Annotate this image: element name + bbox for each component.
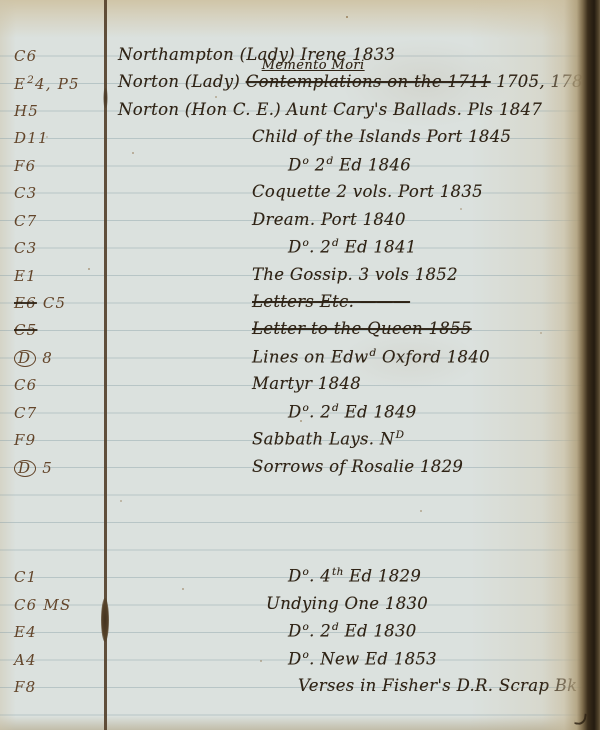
page-edge-binding <box>542 0 600 730</box>
entry-text: Sorrows of Rosalie 1829 <box>252 457 463 476</box>
text-segment: E4 <box>14 623 37 641</box>
foxing-specks <box>346 16 348 18</box>
text-segment: Ed 1830 <box>339 622 417 641</box>
shelfmark: E6 C5 <box>14 294 66 312</box>
catalog-row: C3 Coquette 2 vols. Port 1835 <box>0 181 600 208</box>
text-segment: C1 <box>14 568 37 586</box>
text-segment: Ed 1846 <box>334 155 412 174</box>
entry-text: The Gossip. 3 vols 1852 <box>252 265 458 284</box>
entry-text: Sabbath Lays. ND <box>252 429 404 449</box>
entry-text: Martyr 1848 <box>252 374 361 393</box>
text-segment: D <box>396 429 405 441</box>
text-segment: Ed 1849 <box>339 402 417 421</box>
text-segment: D11 <box>14 129 49 147</box>
text-segment: d <box>327 155 334 167</box>
shelfmark: C7 <box>14 212 37 230</box>
shelfmark: C7 <box>14 404 37 422</box>
entry-text: Letters Etc. ——— <box>252 292 410 311</box>
catalog-row: E6 C5 Letters Etc. ——— <box>0 291 600 318</box>
text-segment: F9 <box>14 431 36 449</box>
text-segment: C7 <box>14 212 37 230</box>
text-segment: D <box>14 460 36 477</box>
text-segment: 8 <box>36 349 53 367</box>
text-segment: 2 <box>27 74 35 86</box>
shelfmark: E4 <box>14 623 37 641</box>
text-segment: d <box>369 347 376 359</box>
inserted-text: Memento Mori <box>262 58 365 73</box>
text-segment: Undying One 1830 <box>266 594 428 613</box>
text-segment: C5 <box>37 294 66 312</box>
shelfmark: E1 <box>14 267 37 285</box>
text-segment: Norton (Hon C. E.) Aunt Cary's Ballads. … <box>118 100 542 119</box>
text-segment: . 2 <box>309 402 331 421</box>
catalog-row: F9 Sabbath Lays. ND <box>0 428 600 455</box>
text-segment: C6 <box>14 376 37 394</box>
text-segment: E1 <box>14 267 37 285</box>
shelfmark: F8 <box>14 678 36 696</box>
catalog-row: D 8 Lines on Edwd Oxford 1840 <box>0 346 600 373</box>
text-segment: . New Ed 1853 <box>309 649 437 668</box>
catalog-row: C7 Dream. Port 1840 <box>0 209 600 236</box>
text-segment: Letter to the Queen 1855 <box>252 319 472 338</box>
catalog-row: H5 Norton (Hon C. E.) Aunt Cary's Ballad… <box>0 99 600 126</box>
entry-text: Do. New Ed 1853 <box>288 649 437 669</box>
text-segment: C7 <box>14 404 37 422</box>
text-segment: D <box>288 155 302 174</box>
text-segment: C6 MS <box>14 596 71 614</box>
catalog-rows: C6 Northampton (Lady) Irene 1833 E24, P5… <box>0 44 600 703</box>
entry-text: Norton (Hon C. E.) Aunt Cary's Ballads. … <box>118 100 542 119</box>
entry-text: Verses in Fisher's D.R. Scrap Bk <box>298 676 577 695</box>
entry-text: Do 2d Ed 1846 <box>288 155 411 175</box>
entry-text: Lines on Edwd Oxford 1840 <box>252 347 490 367</box>
catalog-row: D 5 Sorrows of Rosalie 1829 <box>0 456 600 483</box>
text-segment: Oxford 1840 <box>377 347 490 366</box>
catalog-row: F6 Do 2d Ed 1846 <box>0 154 600 181</box>
text-segment: Sabbath Lays. N <box>252 430 395 449</box>
shelfmark: C1 <box>14 568 37 586</box>
entry-text: Child of the Islands Port 1845 <box>252 127 511 146</box>
shelfmark: C3 <box>14 239 37 257</box>
shelfmark: A4 <box>14 651 37 669</box>
entry-text: Coquette 2 vols. Port 1835 <box>252 182 483 201</box>
catalog-row: C1 Do. 4th Ed 1829 <box>0 565 600 592</box>
text-segment: Letters Etc. ——— <box>252 292 410 311</box>
text-segment: Dream. Port 1840 <box>252 210 406 229</box>
shelfmark: C5 <box>14 321 37 339</box>
text-segment: D <box>288 402 302 421</box>
catalog-row <box>0 510 600 537</box>
text-segment: D <box>288 622 302 641</box>
text-segment: Ed 1841 <box>339 238 417 257</box>
manuscript-page: C6 Northampton (Lady) Irene 1833 E24, P5… <box>0 0 600 730</box>
text-segment: E <box>14 75 26 93</box>
catalog-row: C3 Do. 2d Ed 1841 <box>0 236 600 263</box>
text-segment: A4 <box>14 651 37 669</box>
catalog-row <box>0 538 600 565</box>
catalog-row: E24, P5 Norton (Lady) Memento MoriContem… <box>0 71 600 98</box>
catalog-row: A4 Do. New Ed 1853 <box>0 648 600 675</box>
text-segment: C5 <box>14 321 37 339</box>
shelfmark: D 8 <box>14 349 53 367</box>
shelfmark: E24, P5 <box>14 74 80 93</box>
entry-text: Do. 2d Ed 1849 <box>288 402 417 422</box>
shelfmark: F6 <box>14 157 36 175</box>
shelfmark: F9 <box>14 431 36 449</box>
text-segment: th <box>332 566 344 578</box>
text-segment: . 2 <box>309 238 331 257</box>
shelfmark: D 5 <box>14 459 53 477</box>
text-segment: 5 <box>36 459 53 477</box>
entry-text: Dream. Port 1840 <box>252 210 406 229</box>
text-segment: Child of the Islands Port 1845 <box>252 127 511 146</box>
text-segment: . 2 <box>309 622 331 641</box>
shelfmark: D11 <box>14 129 49 147</box>
text-segment: F8 <box>14 678 36 696</box>
text-segment: 4, P5 <box>35 75 80 93</box>
text-segment: D <box>288 649 302 668</box>
text-segment: The Gossip. 3 vols 1852 <box>252 265 458 284</box>
text-segment: C3 <box>14 184 37 202</box>
text-segment: . 4 <box>309 567 331 586</box>
annotated-segment: Memento MoriContemplations on the 1711 <box>246 72 491 91</box>
shelfmark: H5 <box>14 102 39 120</box>
entry-text: Undying One 1830 <box>266 594 428 613</box>
text-segment: Lines on Edw <box>252 347 368 366</box>
text-segment: Norton (Lady) <box>118 72 246 91</box>
text-segment: D <box>288 567 302 586</box>
catalog-row: C7 Do. 2d Ed 1849 <box>0 401 600 428</box>
text-segment: Coquette 2 vols. Port 1835 <box>252 182 483 201</box>
text-segment: H5 <box>14 102 39 120</box>
text-segment: E6 <box>14 294 37 312</box>
text-segment: 2 <box>309 155 325 174</box>
entry-text: Letter to the Queen 1855 <box>252 319 472 338</box>
text-segment: F6 <box>14 157 36 175</box>
entry-text: Do. 4th Ed 1829 <box>288 566 421 586</box>
text-segment: C6 <box>14 47 37 65</box>
text-segment: D <box>14 350 36 367</box>
catalog-row: E4 Do. 2d Ed 1830 <box>0 620 600 647</box>
catalog-row: C6 Martyr 1848 <box>0 373 600 400</box>
text-segment: Verses in Fisher's D.R. Scrap Bk <box>298 676 577 695</box>
text-segment: C3 <box>14 239 37 257</box>
catalog-row: C6 MS Undying One 1830 <box>0 593 600 620</box>
text-segment: Sorrows of Rosalie 1829 <box>252 457 463 476</box>
text-segment: Ed 1829 <box>344 567 422 586</box>
entry-text: Do. 2d Ed 1841 <box>288 237 417 257</box>
catalog-row: E1 The Gossip. 3 vols 1852 <box>0 264 600 291</box>
text-segment: Contemplations on the 1711 <box>246 72 491 91</box>
catalog-row <box>0 483 600 510</box>
catalog-row: D11 Child of the Islands Port 1845 <box>0 126 600 153</box>
entry-text: Norton (Lady) Memento MoriContemplations… <box>118 72 600 94</box>
catalog-row: C5 Letter to the Queen 1855 <box>0 318 600 345</box>
catalog-row: F8 Verses in Fisher's D.R. Scrap Bk <box>0 675 600 702</box>
shelfmark: C6 <box>14 47 37 65</box>
text-segment: Martyr 1848 <box>252 374 361 393</box>
text-segment: D <box>288 238 302 257</box>
shelfmark: C3 <box>14 184 37 202</box>
entry-text: Do. 2d Ed 1830 <box>288 621 417 641</box>
shelfmark: C6 MS <box>14 596 71 614</box>
shelfmark: C6 <box>14 376 37 394</box>
